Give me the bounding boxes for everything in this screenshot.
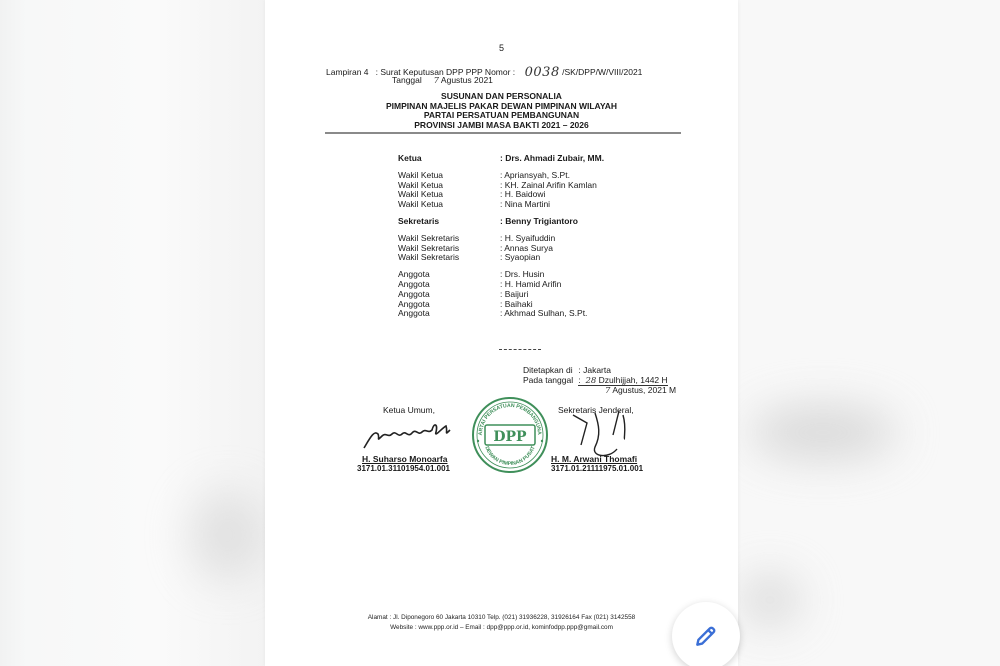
roster-row: Anggota: Akhmad Sulhan, S.Pt.	[398, 309, 604, 319]
roster-name: : Akhmad Sulhan, S.Pt.	[500, 309, 587, 319]
dpp-stamp: DPP PARTAI PERSATUAN PEMBANGUNAN DEWAN P…	[470, 395, 550, 475]
svg-text:DEWAN PIMPINAN PUSAT: DEWAN PIMPINAN PUSAT	[483, 445, 537, 467]
roster-row: Wakil Ketua: Nina Martini	[398, 200, 604, 210]
handwritten-day: 7	[434, 76, 439, 86]
edit-fab-button[interactable]	[672, 602, 740, 666]
roster-role: Wakil Ketua	[398, 200, 500, 210]
hijri-date: : 28 Dzulhijjah, 1442 H	[578, 375, 667, 386]
roster-role: Sekretaris	[398, 217, 500, 227]
right-signatory-nik: 3171.01.21111975.01.001	[551, 464, 643, 473]
place-value: : Jakarta	[578, 365, 611, 375]
backdrop-blur-shape	[190, 490, 265, 580]
roster-role: Wakil Sekretaris	[398, 253, 500, 263]
tanggal-text: Agustus 2021	[441, 75, 493, 85]
tanggal-label: Tanggal	[392, 75, 422, 85]
hijri-rest: Dzulhijjah, 1442 H	[599, 375, 668, 385]
left-signatory-nik: 3171.01.31101954.01.001	[357, 464, 450, 473]
stamp-center-text: DPP	[493, 429, 527, 445]
roster-name: : Benny Trigiantoro	[500, 217, 578, 227]
roster-name: : Drs. Ahmadi Zubair, MM.	[500, 154, 604, 164]
page-number: 5	[265, 43, 738, 53]
lampiran-label: Lampiran 4	[326, 67, 369, 77]
right-signatory-name: H. M. Arwani Thomafi	[551, 454, 637, 464]
blurred-backdrop-right	[738, 0, 1000, 666]
roster-end-separator	[499, 349, 541, 350]
backdrop-blur-shape	[740, 575, 800, 625]
roster-role: Anggota	[398, 309, 500, 319]
masehi-day-handwritten: 7	[605, 386, 610, 396]
roster-row: Wakil Sekretaris: Syaopian	[398, 253, 604, 263]
roster-name: : Syaopian	[500, 253, 540, 263]
stamp-bottom-arc-text: DEWAN PIMPINAN PUSAT	[483, 445, 537, 467]
date-label: Pada tanggal	[523, 376, 576, 386]
personnel-roster: Ketua: Drs. Ahmadi Zubair, MM.Wakil Ketu…	[398, 154, 604, 319]
roster-role: Ketua	[398, 154, 500, 164]
pencil-icon	[693, 623, 719, 649]
ditetapkan-block: Ditetapkan di : Jakarta Pada tanggal : 2…	[523, 366, 676, 397]
footer-address: Alamat : Jl. Diponegoro 60 Jakarta 10310…	[265, 613, 738, 623]
backdrop-blur-shape	[748, 405, 898, 460]
footer-website: Website : www.ppp.or.id – Email : dpp@pp…	[265, 623, 738, 633]
left-signatory-title: Ketua Umum,	[383, 405, 435, 415]
document-title: SUSUNAN DAN PERSONALIAPIMPINAN MAJELIS P…	[265, 92, 738, 130]
document-page: 5 Lampiran 4 : Surat Keputusan DPP PPP N…	[265, 0, 738, 666]
roster-name: : Nina Martini	[500, 200, 550, 210]
roster-row: Ketua: Drs. Ahmadi Zubair, MM.	[398, 154, 604, 164]
left-signatory-name: H. Suharso Monoarfa	[362, 454, 447, 464]
left-signature-scribble	[360, 418, 460, 452]
title-line: PROVINSI JAMBI MASA BAKTI 2021 – 2026	[265, 121, 738, 131]
tanggal-line: Tanggal 7 Agustus 2021	[392, 75, 493, 86]
letterhead-footer: Alamat : Jl. Diponegoro 60 Jakarta 10310…	[265, 613, 738, 633]
hijri-day-handwritten: 28	[585, 376, 596, 386]
roster-row: Sekretaris: Benny Trigiantoro	[398, 217, 604, 227]
masehi-rest: Agustus, 2021 M	[612, 385, 676, 395]
handwritten-number: 0038	[525, 65, 560, 80]
title-divider	[325, 132, 681, 134]
nomor-suffix: /SK/DPP/W/VIII/2021	[562, 67, 642, 77]
